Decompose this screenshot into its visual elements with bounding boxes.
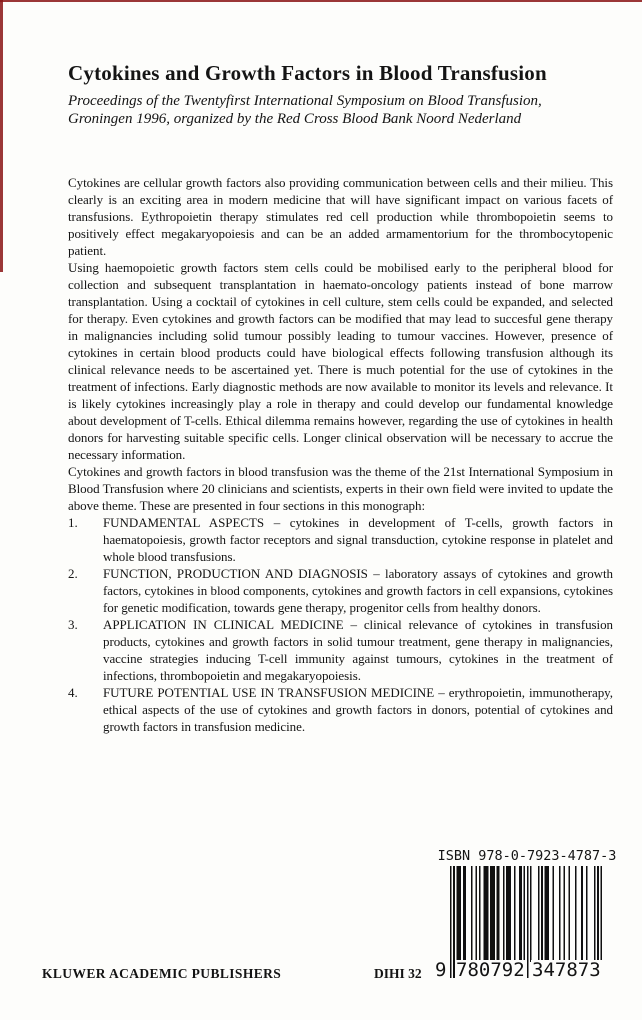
book-subtitle: Proceedings of the Twentyfirst Internati… xyxy=(68,93,613,128)
list-item: 1. FUNDAMENTAL ASPECTS – cytokines in de… xyxy=(68,514,613,565)
isbn-barcode-block: ISBN 978-0-7923-4787-3 9 780792 347873 xyxy=(450,849,602,978)
cover-text-block: Cytokines and Growth Factors in Blood Tr… xyxy=(68,60,613,735)
blurb-paragraph-3: Cytokines and growth factors in blood tr… xyxy=(68,463,613,514)
barcode-digits-right: 347873 xyxy=(531,960,602,980)
list-item: 2. FUNCTION, PRODUCTION AND DIAGNOSIS – … xyxy=(68,565,613,616)
isbn-label: ISBN 978-0-7923-4787-3 xyxy=(436,849,618,863)
subtitle-line-2: Groningen 1996, organized by the Red Cro… xyxy=(68,111,613,129)
barcode-digit-first: 9 xyxy=(434,960,447,980)
list-item-number: 4. xyxy=(68,684,103,735)
list-item-number: 2. xyxy=(68,565,103,616)
blurb-paragraph-1: Cytokines are cellular growth factors al… xyxy=(68,174,613,259)
subtitle-line-1: Proceedings of the Twentyfirst Internati… xyxy=(68,93,613,111)
barcode-digits-left: 780792 xyxy=(455,960,526,980)
scan-edge-artifact-left xyxy=(0,0,3,272)
ean13-barcode: 9 780792 347873 xyxy=(450,866,602,978)
list-item-text: FUTURE POTENTIAL USE IN TRANSFUSION MEDI… xyxy=(103,684,613,735)
publisher-name: KLUWER ACADEMIC PUBLISHERS xyxy=(42,966,281,982)
book-title: Cytokines and Growth Factors in Blood Tr… xyxy=(68,60,613,86)
blurb-paragraph-2: Using haemopoietic growth factors stem c… xyxy=(68,259,613,463)
list-item-number: 3. xyxy=(68,616,103,684)
order-code: DIHI 32 xyxy=(374,966,422,982)
list-item-text: FUNDAMENTAL ASPECTS – cytokines in devel… xyxy=(103,514,613,565)
monograph-sections-list: 1. FUNDAMENTAL ASPECTS – cytokines in de… xyxy=(68,514,613,735)
list-item: 4. FUTURE POTENTIAL USE IN TRANSFUSION M… xyxy=(68,684,613,735)
list-item-number: 1. xyxy=(68,514,103,565)
list-item-text: FUNCTION, PRODUCTION AND DIAGNOSIS – lab… xyxy=(103,565,613,616)
list-item: 3. APPLICATION IN CLINICAL MEDICINE – cl… xyxy=(68,616,613,684)
blurb: Cytokines are cellular growth factors al… xyxy=(68,174,613,735)
list-item-text: APPLICATION IN CLINICAL MEDICINE – clini… xyxy=(103,616,613,684)
book-back-cover: Cytokines and Growth Factors in Blood Tr… xyxy=(0,0,642,1020)
scan-edge-artifact-top xyxy=(0,0,642,2)
